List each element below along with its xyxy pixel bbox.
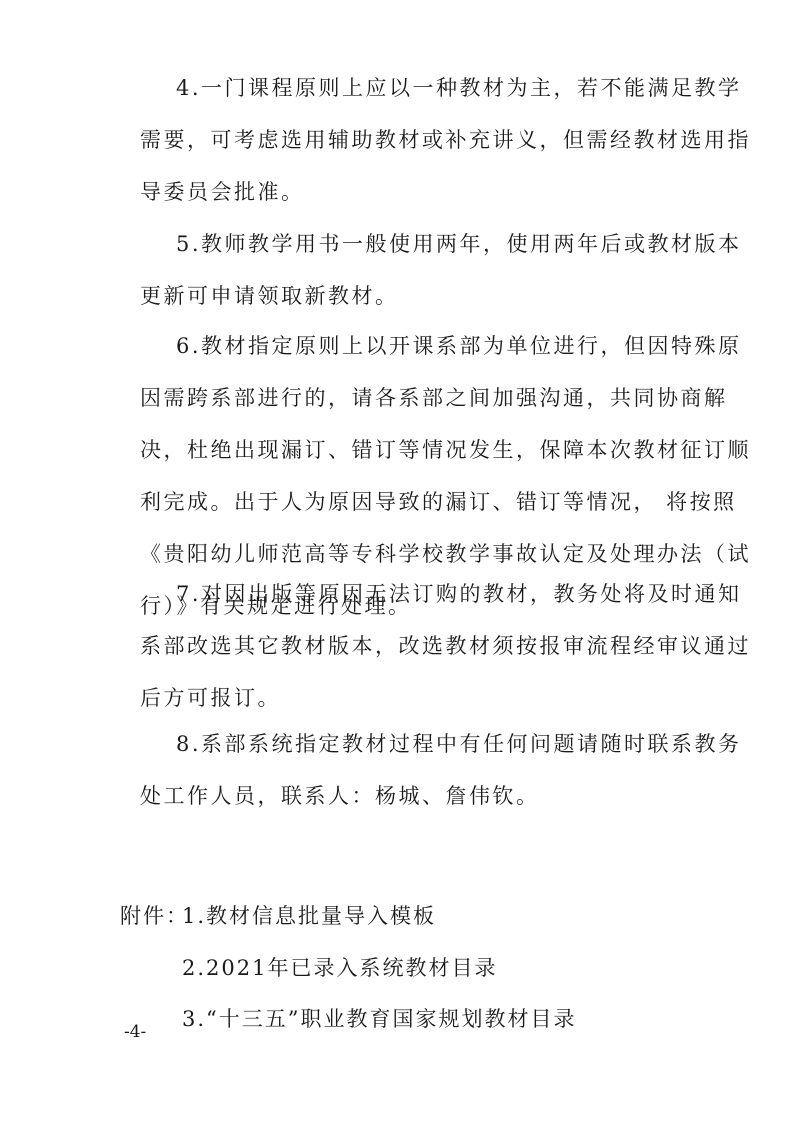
- paragraph-4: 4.一门课程原则上应以一种教材为主，若不能满足教学 需要，可考虑选用辅助教材或补…: [140, 62, 660, 218]
- text-line: 决，杜绝出现漏订、错订等情况发生，保障本次教材征订顺: [140, 424, 660, 476]
- text-line: 系部改选其它教材版本，改选教材须按报审流程经审议通过: [140, 620, 660, 672]
- attachment-item: 3.“十三五”职业教育国家规划教材目录: [182, 1003, 577, 1033]
- text-line: 利完成。出于人为原因导致的漏订、错订等情况， 将按照: [140, 476, 660, 528]
- attachment-item: 1.教材信息批量导入模板: [182, 900, 436, 930]
- text-line: 4.一门课程原则上应以一种教材为主，若不能满足教学: [140, 62, 660, 114]
- text-line: 6.教材指定原则上以开课系部为单位进行，但因特殊原: [140, 320, 660, 372]
- text-line: 7.对因出版等原因无法订购的教材，教务处将及时通知: [140, 568, 660, 620]
- document-page: 4.一门课程原则上应以一种教材为主，若不能满足教学 需要，可考虑选用辅助教材或补…: [0, 0, 793, 1122]
- paragraph-7: 7.对因出版等原因无法订购的教材，教务处将及时通知 系部改选其它教材版本，改选教…: [140, 568, 660, 724]
- text-line: 因需跨系部进行的，请各系部之间加强沟通，共同协商解: [140, 372, 660, 424]
- text-line: 8.系部系统指定教材过程中有任何问题请随时联系教务: [140, 718, 660, 770]
- page-number: -4-: [124, 1022, 146, 1042]
- text-line: 更新可申请领取新教材。: [140, 270, 660, 322]
- text-line: 5.教师教学用书一般使用两年，使用两年后或教材版本: [140, 218, 660, 270]
- paragraph-8: 8.系部系统指定教材过程中有任何问题请随时联系教务 处工作人员，联系人：杨城、詹…: [140, 718, 660, 822]
- attachments-label: 附件：: [120, 900, 189, 930]
- text-line: 后方可报订。: [140, 672, 660, 724]
- paragraph-5: 5.教师教学用书一般使用两年，使用两年后或教材版本 更新可申请领取新教材。: [140, 218, 660, 322]
- text-line: 处工作人员，联系人：杨城、詹伟钦。: [140, 770, 660, 822]
- attachment-item: 2.2021年已录入系统教材目录: [182, 952, 497, 982]
- text-line: 需要，可考虑选用辅助教材或补充讲义，但需经教材选用指: [140, 114, 660, 166]
- text-line: 导委员会批准。: [140, 166, 660, 218]
